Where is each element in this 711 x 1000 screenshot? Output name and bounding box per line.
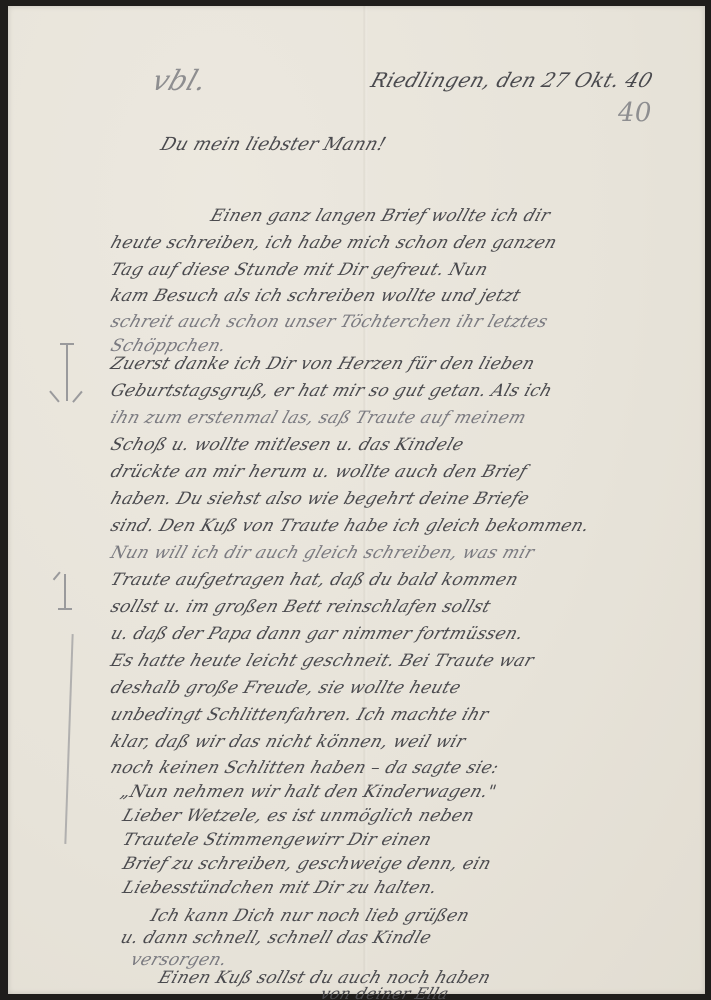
body-line: Trautele Stimmengewirr Dir einen [120, 830, 434, 850]
body-line: Nun will ich dir auch gleich schreiben, … [108, 543, 537, 563]
body-line: u. daß der Papa dann gar nimmer fortmüss… [108, 624, 526, 644]
body-line: Schoß u. wollte mitlesen u. das Kindele [108, 435, 466, 455]
body-line: Lieber Wetzele, es ist unmöglich neben [120, 806, 477, 826]
body-line: haben. Du siehst also wie begehrt deine … [108, 489, 532, 509]
body-line: „Nun nehmen wir halt den Kinderwagen." [118, 782, 499, 802]
body-line: Zuerst danke ich Dir von Herzen für den … [108, 354, 537, 374]
closing-line: Ich kann Dich nur noch lieb grüßen [148, 906, 472, 926]
body-line: Liebesstündchen mit Dir zu halten. [120, 878, 440, 898]
body-line: Es hatte heute leicht geschneit. Bei Tra… [108, 651, 537, 671]
place-date: Riedlingen, den 27 Okt. 40 [368, 68, 656, 92]
body-line: Einen ganz langen Brief wollte ich dir [208, 206, 553, 226]
body-line: Tag auf diese Stunde mit Dir gefreut. Nu… [108, 260, 490, 280]
body-line: Geburtstagsgruß, er hat mir so gut getan… [108, 381, 555, 401]
body-line: sind. Den Kuß von Traute habe ich gleich… [108, 516, 592, 536]
body-line: drückte an mir herum u. wollte auch den … [108, 462, 530, 482]
body-line: klar, daß wir das nicht können, weil wir [108, 732, 468, 752]
salutation: Du mein liebster Mann! [158, 134, 389, 155]
closing-line: versorgen. [128, 950, 230, 970]
body-line: Schöppchen. [108, 336, 229, 356]
body-line: sollst u. im großen Bett reinschlafen so… [108, 597, 493, 617]
archive-annotation: vbl. [148, 64, 212, 97]
signature: von deiner Ella [318, 984, 452, 1000]
body-line: ihn zum erstenmal las, saß Traute auf me… [108, 408, 529, 428]
letter-page: vbl. Riedlingen, den 27 Okt. 40 40 Du me… [8, 6, 705, 994]
closing-line: u. dann schnell, schnell das Kindle [118, 928, 434, 948]
body-line: unbedingt Schlittenfahren. Ich machte ih… [108, 705, 491, 725]
body-line: deshalb große Freude, sie wollte heute [108, 678, 464, 698]
body-line: Traute aufgetragen hat, daß du bald komm… [108, 570, 521, 590]
body-line: schreit auch schon unser Töchterchen ihr… [108, 312, 550, 332]
body-line: heute schreiben, ich habe mich schon den… [108, 233, 560, 253]
body-line: Brief zu schreiben, geschweige denn, ein [120, 854, 494, 874]
body-line: kam Besuch als ich schreiben wollte und … [108, 286, 523, 306]
body-line: noch keinen Schlitten haben – da sagte s… [108, 758, 501, 778]
page-number: 40 [618, 98, 652, 128]
